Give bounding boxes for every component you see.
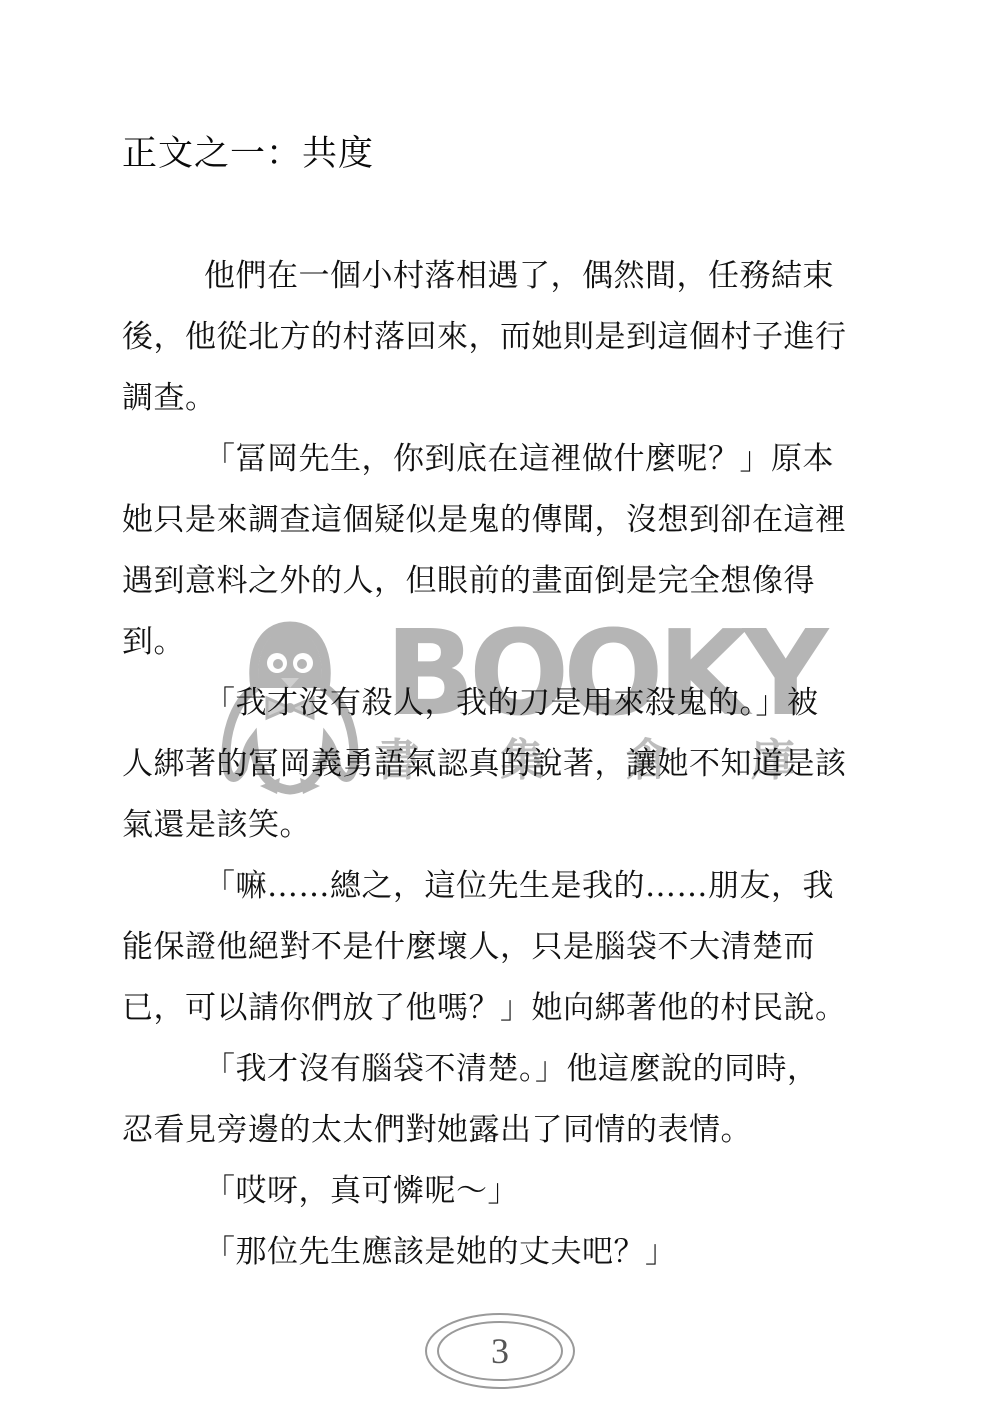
text-line: 忍看見旁邊的太太們對她露出了同情的表情。 xyxy=(122,1100,882,1161)
body-text: 他們在一個小村落相遇了，偶然間，任務結束 後，他從北方的村落回來，而她則是到這個… xyxy=(122,246,882,1283)
text-line: 到。 xyxy=(122,612,882,673)
page-number: 3 xyxy=(423,1311,577,1391)
text-line: 「那位先生應該是她的丈夫吧？」 xyxy=(122,1222,882,1283)
text-line: 能保證他絕對不是什麼壞人，只是腦袋不大清楚而 xyxy=(122,917,882,978)
text-line: 「我才沒有腦袋不清楚。」他這麼說的同時， xyxy=(122,1039,882,1100)
text-line: 他們在一個小村落相遇了，偶然間，任務結束 xyxy=(122,246,882,307)
text-line: 人綁著的冨岡義勇語氣認真的說著，讓她不知道是該 xyxy=(122,734,882,795)
text-line: 遇到意料之外的人，但眼前的畫面倒是完全想像得 xyxy=(122,551,882,612)
text-line: 她只是來調查這個疑似是鬼的傳聞，沒想到卻在這裡 xyxy=(122,490,882,551)
text-line: 氣還是該笑。 xyxy=(122,795,882,856)
text-line: 「冨岡先生，你到底在這裡做什麼呢？」原本 xyxy=(122,429,882,490)
text-line: 調查。 xyxy=(122,368,882,429)
text-line: 「我才沒有殺人，我的刀是用來殺鬼的。」被 xyxy=(122,673,882,734)
text-line: 「嘛……總之，這位先生是我的……朋友，我 xyxy=(122,856,882,917)
text-line: 已，可以請你們放了他嗎？」她向綁著他的村民說。 xyxy=(122,978,882,1039)
page-number-badge: 3 xyxy=(423,1311,577,1391)
document-page: 正文之一：共度 BOOKY 書 集 倉 庫 xyxy=(0,0,1000,1409)
chapter-title: 正文之一：共度 xyxy=(122,130,374,178)
text-line: 「哎呀，真可憐呢～」 xyxy=(122,1161,882,1222)
text-line: 後，他從北方的村落回來，而她則是到這個村子進行 xyxy=(122,307,882,368)
